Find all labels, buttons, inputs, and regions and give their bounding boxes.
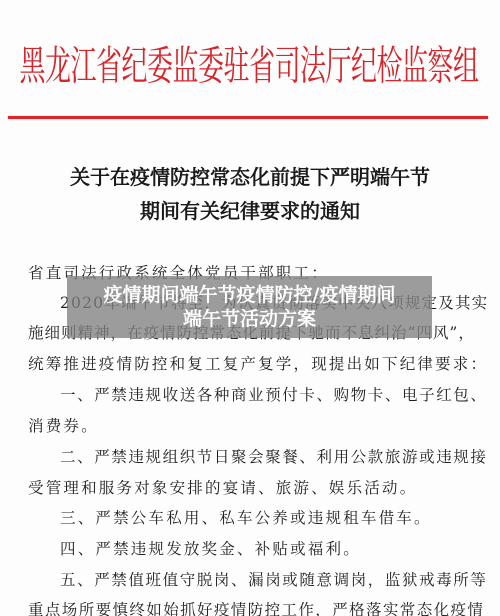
- body-line: 重点场所要慎终如始抓好疫情防控工作，严格落实常态化疫情: [28, 600, 478, 616]
- notice-title-line-1: 关于在疫情防控常态化前提下严明端午节: [0, 165, 500, 189]
- header-red-rule: [8, 116, 488, 119]
- body-line: 消费券。: [28, 416, 478, 436]
- body-line: 二、严禁违规组织节日聚会聚餐、利用公款旅游或违规接: [60, 447, 500, 467]
- body-line: 统筹推进疫情防控和复工复产复学，现提出如下纪律要求：: [28, 354, 478, 374]
- org-header: 黑龙江省纪委监委驻省司法厅纪检监察组: [14, 44, 484, 122]
- caption-line-2: 端午节活动方案: [183, 307, 316, 331]
- body-line: 一、严禁违规收送各种商业预付卡、购物卡、电子红包、: [60, 385, 500, 405]
- caption-overlay: 疫情期间端午节疫情防控/疫情期间 端午节活动方案: [67, 276, 432, 338]
- notice-title-line-2: 期间有关纪律要求的通知: [0, 199, 500, 223]
- document-page: 黑龙江省纪委监委驻省司法厅纪检监察组 关于在疫情防控常态化前提下严明端午节 期间…: [0, 0, 500, 616]
- body-line: 四、严禁违规发放奖金、补贴或福利。: [60, 539, 500, 559]
- body-line: 三、严禁公车私用、私车公养或违规租车借车。: [60, 508, 500, 528]
- body-line: 五、严禁值班值守脱岗、漏岗或随意调岗，监狱戒毒所等: [60, 570, 500, 590]
- body-line: 受管理和服务对象安排的宴请、旅游、娱乐活动。: [28, 478, 478, 498]
- caption-line-1: 疫情期间端午节疫情防控/疫情期间: [104, 283, 396, 307]
